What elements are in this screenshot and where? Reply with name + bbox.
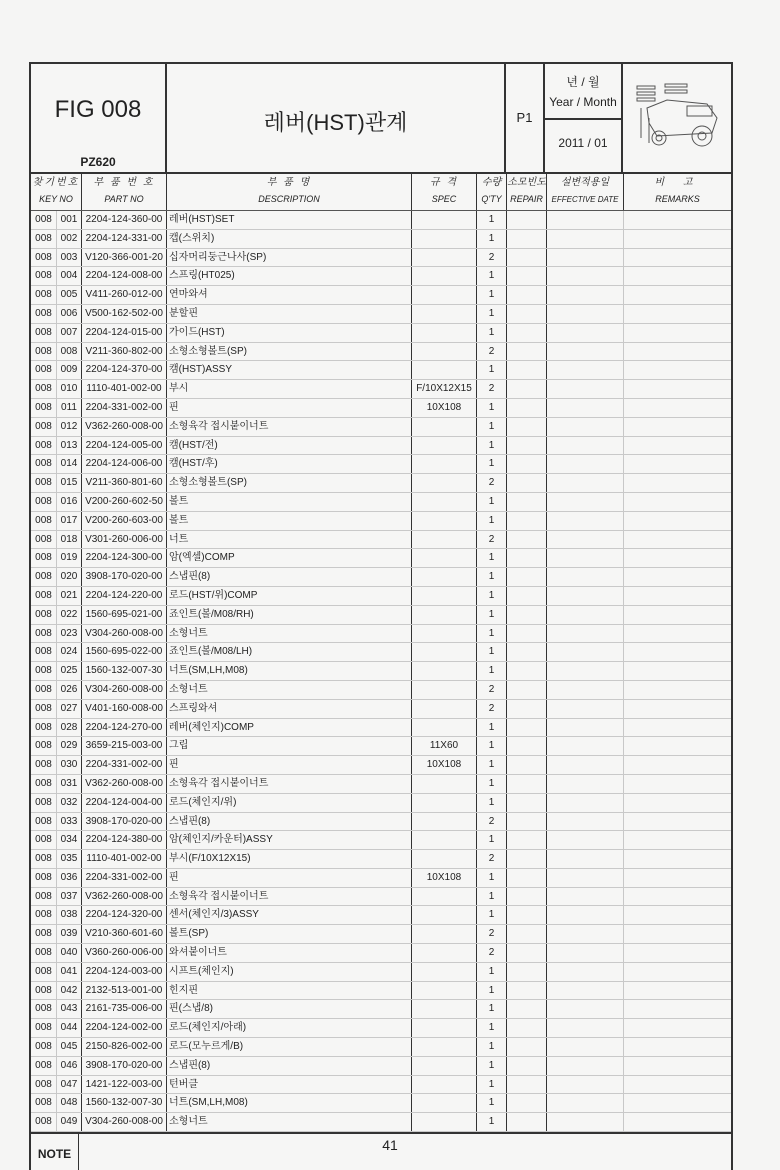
cell-spec: [412, 249, 477, 267]
table-row: 0080362204-331-002-00핀10X1081: [31, 869, 731, 888]
cell-effective-date: [547, 756, 624, 774]
cell-qty: 1: [477, 831, 507, 849]
cell-description: 캠(HST/전): [167, 437, 412, 455]
cell-part-no: 2204-124-003-00: [82, 963, 167, 981]
cell-part-no: 2204-124-270-00: [82, 719, 167, 737]
cell-fig-no: 008: [31, 549, 57, 567]
cell-effective-date: [547, 888, 624, 906]
cell-part-no: 1110-401-002-00: [82, 380, 167, 398]
cell-qty: 2: [477, 700, 507, 718]
col-remarks-ko: 비 고: [624, 174, 731, 191]
cell-description: 너트: [167, 531, 412, 549]
table-row: 008031V362-260-008-00소형육각 접시붙이너트1: [31, 775, 731, 794]
cell-qty: 1: [477, 587, 507, 605]
table-row: 0080422132-513-001-00힌지핀1: [31, 982, 731, 1001]
cell-effective-date: [547, 267, 624, 285]
cell-fig-no: 008: [31, 512, 57, 530]
cell-qty: 1: [477, 1000, 507, 1018]
cell-remarks: [624, 361, 731, 379]
cell-qty: 2: [477, 531, 507, 549]
cell-key-no: 028: [57, 719, 82, 737]
cell-fig-no: 008: [31, 906, 57, 924]
cell-qty: 1: [477, 756, 507, 774]
cell-spec: [412, 418, 477, 436]
cell-fig-no: 008: [31, 1038, 57, 1056]
cell-key-no: 027: [57, 700, 82, 718]
cell-remarks: [624, 211, 731, 229]
cell-repair: [507, 700, 547, 718]
cell-effective-date: [547, 512, 624, 530]
cell-qty: 1: [477, 643, 507, 661]
cell-effective-date: [547, 418, 624, 436]
cell-spec: [412, 850, 477, 868]
cell-remarks: [624, 380, 731, 398]
cell-remarks: [624, 1038, 731, 1056]
cell-effective-date: [547, 305, 624, 323]
cell-qty: 1: [477, 1113, 507, 1131]
cell-remarks: [624, 794, 731, 812]
cell-repair: [507, 1019, 547, 1037]
cell-remarks: [624, 399, 731, 417]
table-row: 0080293659-215-003-00그립11X601: [31, 737, 731, 756]
cell-effective-date: [547, 1000, 624, 1018]
cell-key-no: 002: [57, 230, 82, 248]
cell-part-no: 2204-124-220-00: [82, 587, 167, 605]
cell-description: 로드(모누르게/B): [167, 1038, 412, 1056]
cell-description: 십자머리둥근나사(SP): [167, 249, 412, 267]
cell-qty: 2: [477, 850, 507, 868]
table-row: 0080241560-695-022-00죠인트(볼/M08/LH)1: [31, 643, 731, 662]
cell-fig-no: 008: [31, 1113, 57, 1131]
cell-description: 캡(스위치): [167, 230, 412, 248]
cell-remarks: [624, 587, 731, 605]
cell-effective-date: [547, 399, 624, 417]
cell-repair: [507, 813, 547, 831]
cell-key-no: 004: [57, 267, 82, 285]
cell-repair: [507, 531, 547, 549]
cell-repair: [507, 587, 547, 605]
cell-repair: [507, 305, 547, 323]
cell-part-no: 2204-331-002-00: [82, 869, 167, 887]
cell-key-no: 026: [57, 681, 82, 699]
cell-remarks: [624, 606, 731, 624]
cell-effective-date: [547, 361, 624, 379]
cell-effective-date: [547, 549, 624, 567]
cell-repair: [507, 643, 547, 661]
cell-description: 볼트(SP): [167, 925, 412, 943]
cell-effective-date: [547, 211, 624, 229]
cell-description: 센서(체인지/3)ASSY: [167, 906, 412, 924]
cell-remarks: [624, 1019, 731, 1037]
cell-spec: [412, 230, 477, 248]
cell-spec: [412, 531, 477, 549]
sheet-page: P1: [506, 64, 545, 172]
cell-effective-date: [547, 1076, 624, 1094]
table-row: 0080302204-331-002-00핀10X1081: [31, 756, 731, 775]
cell-effective-date: [547, 493, 624, 511]
cell-fig-no: 008: [31, 493, 57, 511]
cell-qty: 1: [477, 906, 507, 924]
cell-key-no: 025: [57, 662, 82, 680]
cell-fig-no: 008: [31, 1000, 57, 1018]
cell-remarks: [624, 549, 731, 567]
cell-part-no: 1421-122-003-00: [82, 1076, 167, 1094]
cell-part-no: V362-260-008-00: [82, 775, 167, 793]
cell-description: 핀(스냅/8): [167, 1000, 412, 1018]
cell-qty: 1: [477, 305, 507, 323]
cell-part-no: 1560-695-022-00: [82, 643, 167, 661]
cell-part-no: 2204-124-008-00: [82, 267, 167, 285]
cell-repair: [507, 888, 547, 906]
cell-repair: [507, 230, 547, 248]
cell-effective-date: [547, 606, 624, 624]
table-row: 008040V360-260-006-00와셔붙이너트2: [31, 944, 731, 963]
cell-description: 소형너트: [167, 625, 412, 643]
cell-effective-date: [547, 963, 624, 981]
cell-key-no: 033: [57, 813, 82, 831]
cell-description: 소형소형볼트(SP): [167, 474, 412, 492]
cell-key-no: 031: [57, 775, 82, 793]
cell-key-no: 045: [57, 1038, 82, 1056]
cell-remarks: [624, 982, 731, 1000]
table-row: 008012V362-260-008-00소형육각 접시붙이너트1: [31, 418, 731, 437]
cell-repair: [507, 211, 547, 229]
cell-effective-date: [547, 775, 624, 793]
cell-fig-no: 008: [31, 380, 57, 398]
col-spec-en: SPEC: [412, 191, 476, 208]
cell-repair: [507, 737, 547, 755]
cell-qty: 1: [477, 606, 507, 624]
cell-remarks: [624, 681, 731, 699]
cell-remarks: [624, 625, 731, 643]
cell-qty: 2: [477, 343, 507, 361]
cell-description: 가이드(HST): [167, 324, 412, 342]
col-remarks: 비 고REMARKS: [624, 174, 731, 210]
cell-qty: 1: [477, 286, 507, 304]
cell-qty: 2: [477, 813, 507, 831]
cell-spec: [412, 719, 477, 737]
cell-repair: [507, 944, 547, 962]
col-repair: 소모빈도REPAIR: [507, 174, 547, 210]
cell-remarks: [624, 944, 731, 962]
cell-repair: [507, 1094, 547, 1112]
cell-part-no: V362-260-008-00: [82, 888, 167, 906]
cell-part-no: 2204-124-015-00: [82, 324, 167, 342]
cell-fig-no: 008: [31, 643, 57, 661]
cell-description: 분할핀: [167, 305, 412, 323]
cell-repair: [507, 1038, 547, 1056]
cell-remarks: [624, 455, 731, 473]
cell-effective-date: [547, 925, 624, 943]
cell-qty: 1: [477, 211, 507, 229]
cell-key-no: 041: [57, 963, 82, 981]
cell-description: 레버(HST)SET: [167, 211, 412, 229]
table-row: 008003V120-366-001-20십자머리둥근나사(SP)2: [31, 249, 731, 268]
parts-list-sheet: FIG 008 PZ620 레버(HST)관계 P1 년 / 월 Year / …: [29, 62, 733, 1170]
cell-qty: 1: [477, 418, 507, 436]
cell-qty: 1: [477, 719, 507, 737]
cell-repair: [507, 775, 547, 793]
table-row: 0080101110-401-002-00부시F/10X12X152: [31, 380, 731, 399]
cell-qty: 1: [477, 568, 507, 586]
cell-key-no: 009: [57, 361, 82, 379]
cell-effective-date: [547, 700, 624, 718]
cell-spec: [412, 493, 477, 511]
cell-remarks: [624, 437, 731, 455]
cell-effective-date: [547, 286, 624, 304]
cell-effective-date: [547, 625, 624, 643]
cell-spec: [412, 1019, 477, 1037]
col-repair-ko: 소모빈도: [507, 174, 546, 191]
cell-description: 볼트: [167, 512, 412, 530]
cell-qty: 1: [477, 982, 507, 1000]
cell-spec: [412, 1076, 477, 1094]
cell-part-no: 2204-124-005-00: [82, 437, 167, 455]
table-row: 0080112204-331-002-00핀10X1081: [31, 399, 731, 418]
col-eff-en: EFFECTIVE DATE: [547, 191, 623, 208]
col-part-ko: 부 품 번 호: [82, 174, 166, 191]
page-number: 41: [0, 1137, 780, 1153]
cell-key-no: 019: [57, 549, 82, 567]
year-month-cell: 년 / 월 Year / Month 2011 / 01: [545, 64, 623, 172]
cell-key-no: 042: [57, 982, 82, 1000]
cell-spec: [412, 455, 477, 473]
col-qty: 수량Q'TY: [477, 174, 507, 210]
col-effective-date: 설변적용일EFFECTIVE DATE: [547, 174, 624, 210]
effective-date: 2011 / 01: [545, 120, 621, 172]
cell-key-no: 048: [57, 1094, 82, 1112]
cell-key-no: 039: [57, 925, 82, 943]
table-row: 0080251560-132-007-30너트(SM,LH,M08)1: [31, 662, 731, 681]
cell-qty: 1: [477, 512, 507, 530]
cell-qty: 2: [477, 925, 507, 943]
cell-spec: [412, 1057, 477, 1075]
cell-fig-no: 008: [31, 775, 57, 793]
cell-remarks: [624, 756, 731, 774]
cell-spec: [412, 1000, 477, 1018]
cell-key-no: 006: [57, 305, 82, 323]
cell-repair: [507, 1057, 547, 1075]
column-headers: 찾기번호KEY NO 부 품 번 호PART NO 부 품 명DESCRIPTI…: [31, 174, 731, 211]
cell-key-no: 008: [57, 343, 82, 361]
cell-repair: [507, 493, 547, 511]
cell-spec: [412, 568, 477, 586]
cell-spec: [412, 662, 477, 680]
sheet-header: FIG 008 PZ620 레버(HST)관계 P1 년 / 월 Year / …: [31, 64, 731, 174]
cell-remarks: [624, 343, 731, 361]
cell-part-no: 2204-124-360-00: [82, 211, 167, 229]
cell-fig-no: 008: [31, 568, 57, 586]
cell-qty: 1: [477, 361, 507, 379]
cell-remarks: [624, 831, 731, 849]
cell-effective-date: [547, 437, 624, 455]
cell-part-no: 2204-124-331-00: [82, 230, 167, 248]
cell-qty: 2: [477, 380, 507, 398]
table-row: 008008V211-360-802-00소형소형볼트(SP)2: [31, 343, 731, 362]
cell-qty: 1: [477, 869, 507, 887]
cell-effective-date: [547, 474, 624, 492]
cell-repair: [507, 512, 547, 530]
cell-remarks: [624, 643, 731, 661]
cell-effective-date: [547, 1038, 624, 1056]
table-row: 0080342204-124-380-00암(체인지/카운터)ASSY1: [31, 831, 731, 850]
cell-qty: 1: [477, 399, 507, 417]
cell-fig-no: 008: [31, 606, 57, 624]
cell-spec: [412, 343, 477, 361]
col-part-no: 부 품 번 호PART NO: [82, 174, 167, 210]
cell-part-no: V360-260-006-00: [82, 944, 167, 962]
cell-repair: [507, 267, 547, 285]
cell-description: 너트(SM,LH,M08): [167, 662, 412, 680]
table-row: 0080452150-826-002-00로드(모누르게/B)1: [31, 1038, 731, 1057]
cell-part-no: 2204-124-002-00: [82, 1019, 167, 1037]
cell-fig-no: 008: [31, 1019, 57, 1037]
cell-fig-no: 008: [31, 286, 57, 304]
cell-description: 핀: [167, 399, 412, 417]
cell-spec: [412, 512, 477, 530]
cell-part-no: V200-260-603-00: [82, 512, 167, 530]
cell-qty: 1: [477, 737, 507, 755]
cell-key-no: 043: [57, 1000, 82, 1018]
cell-effective-date: [547, 643, 624, 661]
table-row: 008006V500-162-502-00분할핀1: [31, 305, 731, 324]
cell-spec: [412, 1038, 477, 1056]
cell-part-no: V304-260-008-00: [82, 1113, 167, 1131]
cell-remarks: [624, 869, 731, 887]
cell-part-no: V304-260-008-00: [82, 625, 167, 643]
table-row: 008018V301-260-006-00너트2: [31, 531, 731, 550]
cell-part-no: 2204-124-320-00: [82, 906, 167, 924]
year-month-label-ko: 년 / 월: [545, 72, 621, 92]
cell-part-no: V301-260-006-00: [82, 531, 167, 549]
cell-description: 스냅핀(8): [167, 568, 412, 586]
cell-effective-date: [547, 324, 624, 342]
cell-key-no: 001: [57, 211, 82, 229]
cell-remarks: [624, 775, 731, 793]
cell-remarks: [624, 249, 731, 267]
cell-qty: 1: [477, 625, 507, 643]
col-spec-ko: 규 격: [412, 174, 476, 191]
cell-description: 소형너트: [167, 681, 412, 699]
cell-qty: 1: [477, 794, 507, 812]
cell-spec: [412, 906, 477, 924]
cell-part-no: 2204-331-002-00: [82, 399, 167, 417]
cell-spec: 11X60: [412, 737, 477, 755]
cell-spec: [412, 813, 477, 831]
cell-effective-date: [547, 982, 624, 1000]
cell-spec: [412, 982, 477, 1000]
cell-fig-no: 008: [31, 869, 57, 887]
col-spec: 규 격SPEC: [412, 174, 477, 210]
col-key-en: KEY NO: [31, 191, 81, 208]
cell-repair: [507, 963, 547, 981]
cell-qty: 1: [477, 455, 507, 473]
cell-repair: [507, 662, 547, 680]
cell-remarks: [624, 1000, 731, 1018]
cell-spec: [412, 606, 477, 624]
cell-repair: [507, 1113, 547, 1131]
cell-part-no: V200-260-602-50: [82, 493, 167, 511]
table-row: 0080382204-124-320-00센서(체인지/3)ASSY1: [31, 906, 731, 925]
cell-key-no: 005: [57, 286, 82, 304]
cell-qty: 2: [477, 944, 507, 962]
cell-part-no: 1560-132-007-30: [82, 662, 167, 680]
cell-spec: [412, 1094, 477, 1112]
cell-repair: [507, 568, 547, 586]
cell-spec: [412, 267, 477, 285]
table-row: 0080351110-401-002-00부시(F/10X12X15)2: [31, 850, 731, 869]
col-qty-ko: 수량: [477, 174, 506, 191]
cell-remarks: [624, 418, 731, 436]
table-row: 0080432161-735-006-00핀(스냅/8)1: [31, 1000, 731, 1019]
cell-repair: [507, 756, 547, 774]
table-row: 008027V401-160-008-00스프링와셔2: [31, 700, 731, 719]
table-row: 0080412204-124-003-00시프트(체인지)1: [31, 963, 731, 982]
cell-part-no: 2204-124-370-00: [82, 361, 167, 379]
cell-qty: 1: [477, 549, 507, 567]
col-qty-en: Q'TY: [477, 191, 506, 208]
cell-description: 캠(HST/후): [167, 455, 412, 473]
cell-part-no: 2204-124-300-00: [82, 549, 167, 567]
cell-fig-no: 008: [31, 587, 57, 605]
cell-remarks: [624, 568, 731, 586]
cell-description: 스프링(HT025): [167, 267, 412, 285]
cell-remarks: [624, 1076, 731, 1094]
cell-key-no: 038: [57, 906, 82, 924]
cell-effective-date: [547, 794, 624, 812]
col-part-en: PART NO: [82, 191, 166, 208]
table-row: 0080092204-124-370-00캠(HST)ASSY1: [31, 361, 731, 380]
cell-repair: [507, 982, 547, 1000]
cell-key-no: 034: [57, 831, 82, 849]
rice-transplanter-icon: [627, 78, 727, 158]
cell-repair: [507, 343, 547, 361]
cell-effective-date: [547, 1019, 624, 1037]
col-desc-en: DESCRIPTION: [167, 191, 411, 208]
cell-part-no: 3908-170-020-00: [82, 813, 167, 831]
cell-fig-no: 008: [31, 944, 57, 962]
cell-qty: 2: [477, 474, 507, 492]
cell-effective-date: [547, 455, 624, 473]
col-remarks-en: REMARKS: [624, 191, 731, 208]
table-row: 008039V210-360-601-60볼트(SP)2: [31, 925, 731, 944]
table-row: 008026V304-260-008-00소형너트2: [31, 681, 731, 700]
cell-fig-no: 008: [31, 925, 57, 943]
cell-description: 힌지핀: [167, 982, 412, 1000]
table-row: 008015V211-360-801-60소형소형볼트(SP)2: [31, 474, 731, 493]
table-row: 0080481560-132-007-30너트(SM,LH,M08)1: [31, 1094, 731, 1113]
cell-qty: 1: [477, 963, 507, 981]
cell-fig-no: 008: [31, 681, 57, 699]
col-key-no: 찾기번호KEY NO: [31, 174, 82, 210]
cell-spec: [412, 944, 477, 962]
cell-description: 소형너트: [167, 1113, 412, 1131]
cell-key-no: 013: [57, 437, 82, 455]
cell-remarks: [624, 888, 731, 906]
cell-key-no: 016: [57, 493, 82, 511]
cell-effective-date: [547, 737, 624, 755]
cell-part-no: V210-360-601-60: [82, 925, 167, 943]
cell-description: 시프트(체인지): [167, 963, 412, 981]
cell-description: 소형육각 접시붙이너트: [167, 888, 412, 906]
cell-qty: 1: [477, 662, 507, 680]
cell-spec: [412, 888, 477, 906]
cell-repair: [507, 437, 547, 455]
cell-remarks: [624, 305, 731, 323]
cell-description: 로드(체인지/위): [167, 794, 412, 812]
cell-fig-no: 008: [31, 831, 57, 849]
cell-remarks: [624, 1057, 731, 1075]
